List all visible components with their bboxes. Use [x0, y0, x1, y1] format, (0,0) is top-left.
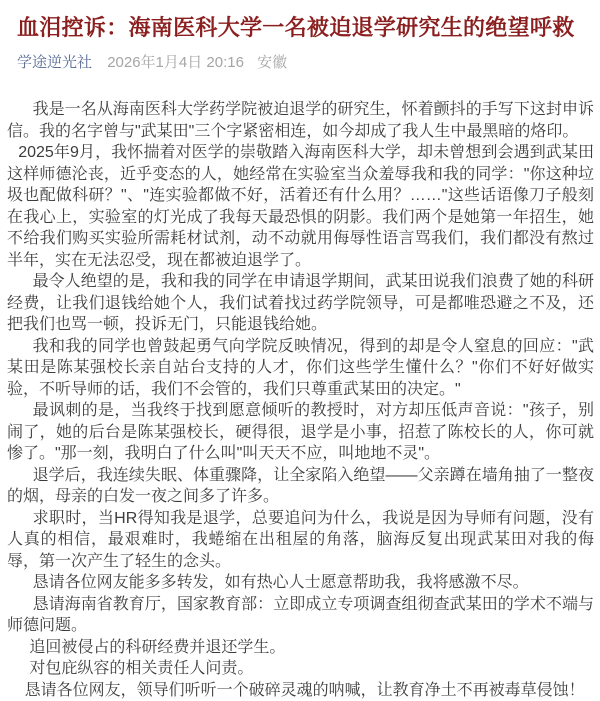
article-paragraph: 求职时，当HR得知我是退学，总要追问为什么，我说是因为导师有问题，没有人真的相信…: [7, 508, 594, 573]
article-paragraph: 我是一名从海南医科大学药学院被迫退学的研究生，怀着颤抖的手写下这封申诉信。我的名…: [7, 99, 594, 142]
author-link[interactable]: 学途逆光社: [17, 54, 92, 71]
article-page: 血泪控诉：海南医科大学一名被迫退学研究生的绝望呼救 学途逆光社 2026年1月4…: [0, 0, 600, 701]
article-paragraph: 恳请各位网友，领导们听听一个破碎灵魂的呐喊，让教育净土不再被毒草侵蚀！: [7, 680, 594, 701]
article-paragraph: 追回被侵占的科研经费并退还学生。: [7, 637, 594, 659]
article-paragraph: 对包庇纵容的相关责任人问责。: [7, 658, 594, 680]
article-paragraph: 最令人绝望的是，我和我的同学在申请退学期间，武某田说我们浪费了她的科研经费，让我…: [7, 271, 594, 336]
article-paragraph: 退学后，我连续失眠、体重骤降，让全家陷入绝望——父亲蹲在墙角抽了一整夜的烟，母亲…: [7, 465, 594, 508]
article-paragraph: 2025年9月，我怀揣着对医学的崇敬踏入海南医科大学，却未曾想到会遇到武某田这样…: [7, 142, 594, 271]
article-paragraph: 最讽刺的是，当我终于找到愿意倾听的教授时，对方却压低声音说："孩子，别闹了，她的…: [7, 400, 594, 465]
publish-date: 2026年1月4日 20:16: [107, 54, 244, 71]
article-body: 我是一名从海南医科大学药学院被迫退学的研究生，怀着颤抖的手写下这封申诉信。我的名…: [0, 99, 600, 701]
article-title: 血泪控诉：海南医科大学一名被迫退学研究生的绝望呼救: [17, 14, 584, 42]
article-header: 血泪控诉：海南医科大学一名被迫退学研究生的绝望呼救 学途逆光社 2026年1月4…: [0, 0, 600, 73]
article-paragraph: 我和我的同学也曾鼓起勇气向学院反映情况，得到的却是令人窒息的回应："武某田是陈某…: [7, 336, 594, 401]
article-paragraph: 恳请海南省教育厅，国家教育部：立即成立专项调查组彻查武某田的学术不端与师德问题。: [7, 594, 594, 637]
article-paragraph: 恳请各位网友能多多转发，如有热心人士愿意帮助我，我将感激不尽。: [7, 572, 594, 594]
publish-location: 安徽: [257, 54, 287, 71]
article-meta: 学途逆光社 2026年1月4日 20:16 安徽: [17, 53, 584, 73]
